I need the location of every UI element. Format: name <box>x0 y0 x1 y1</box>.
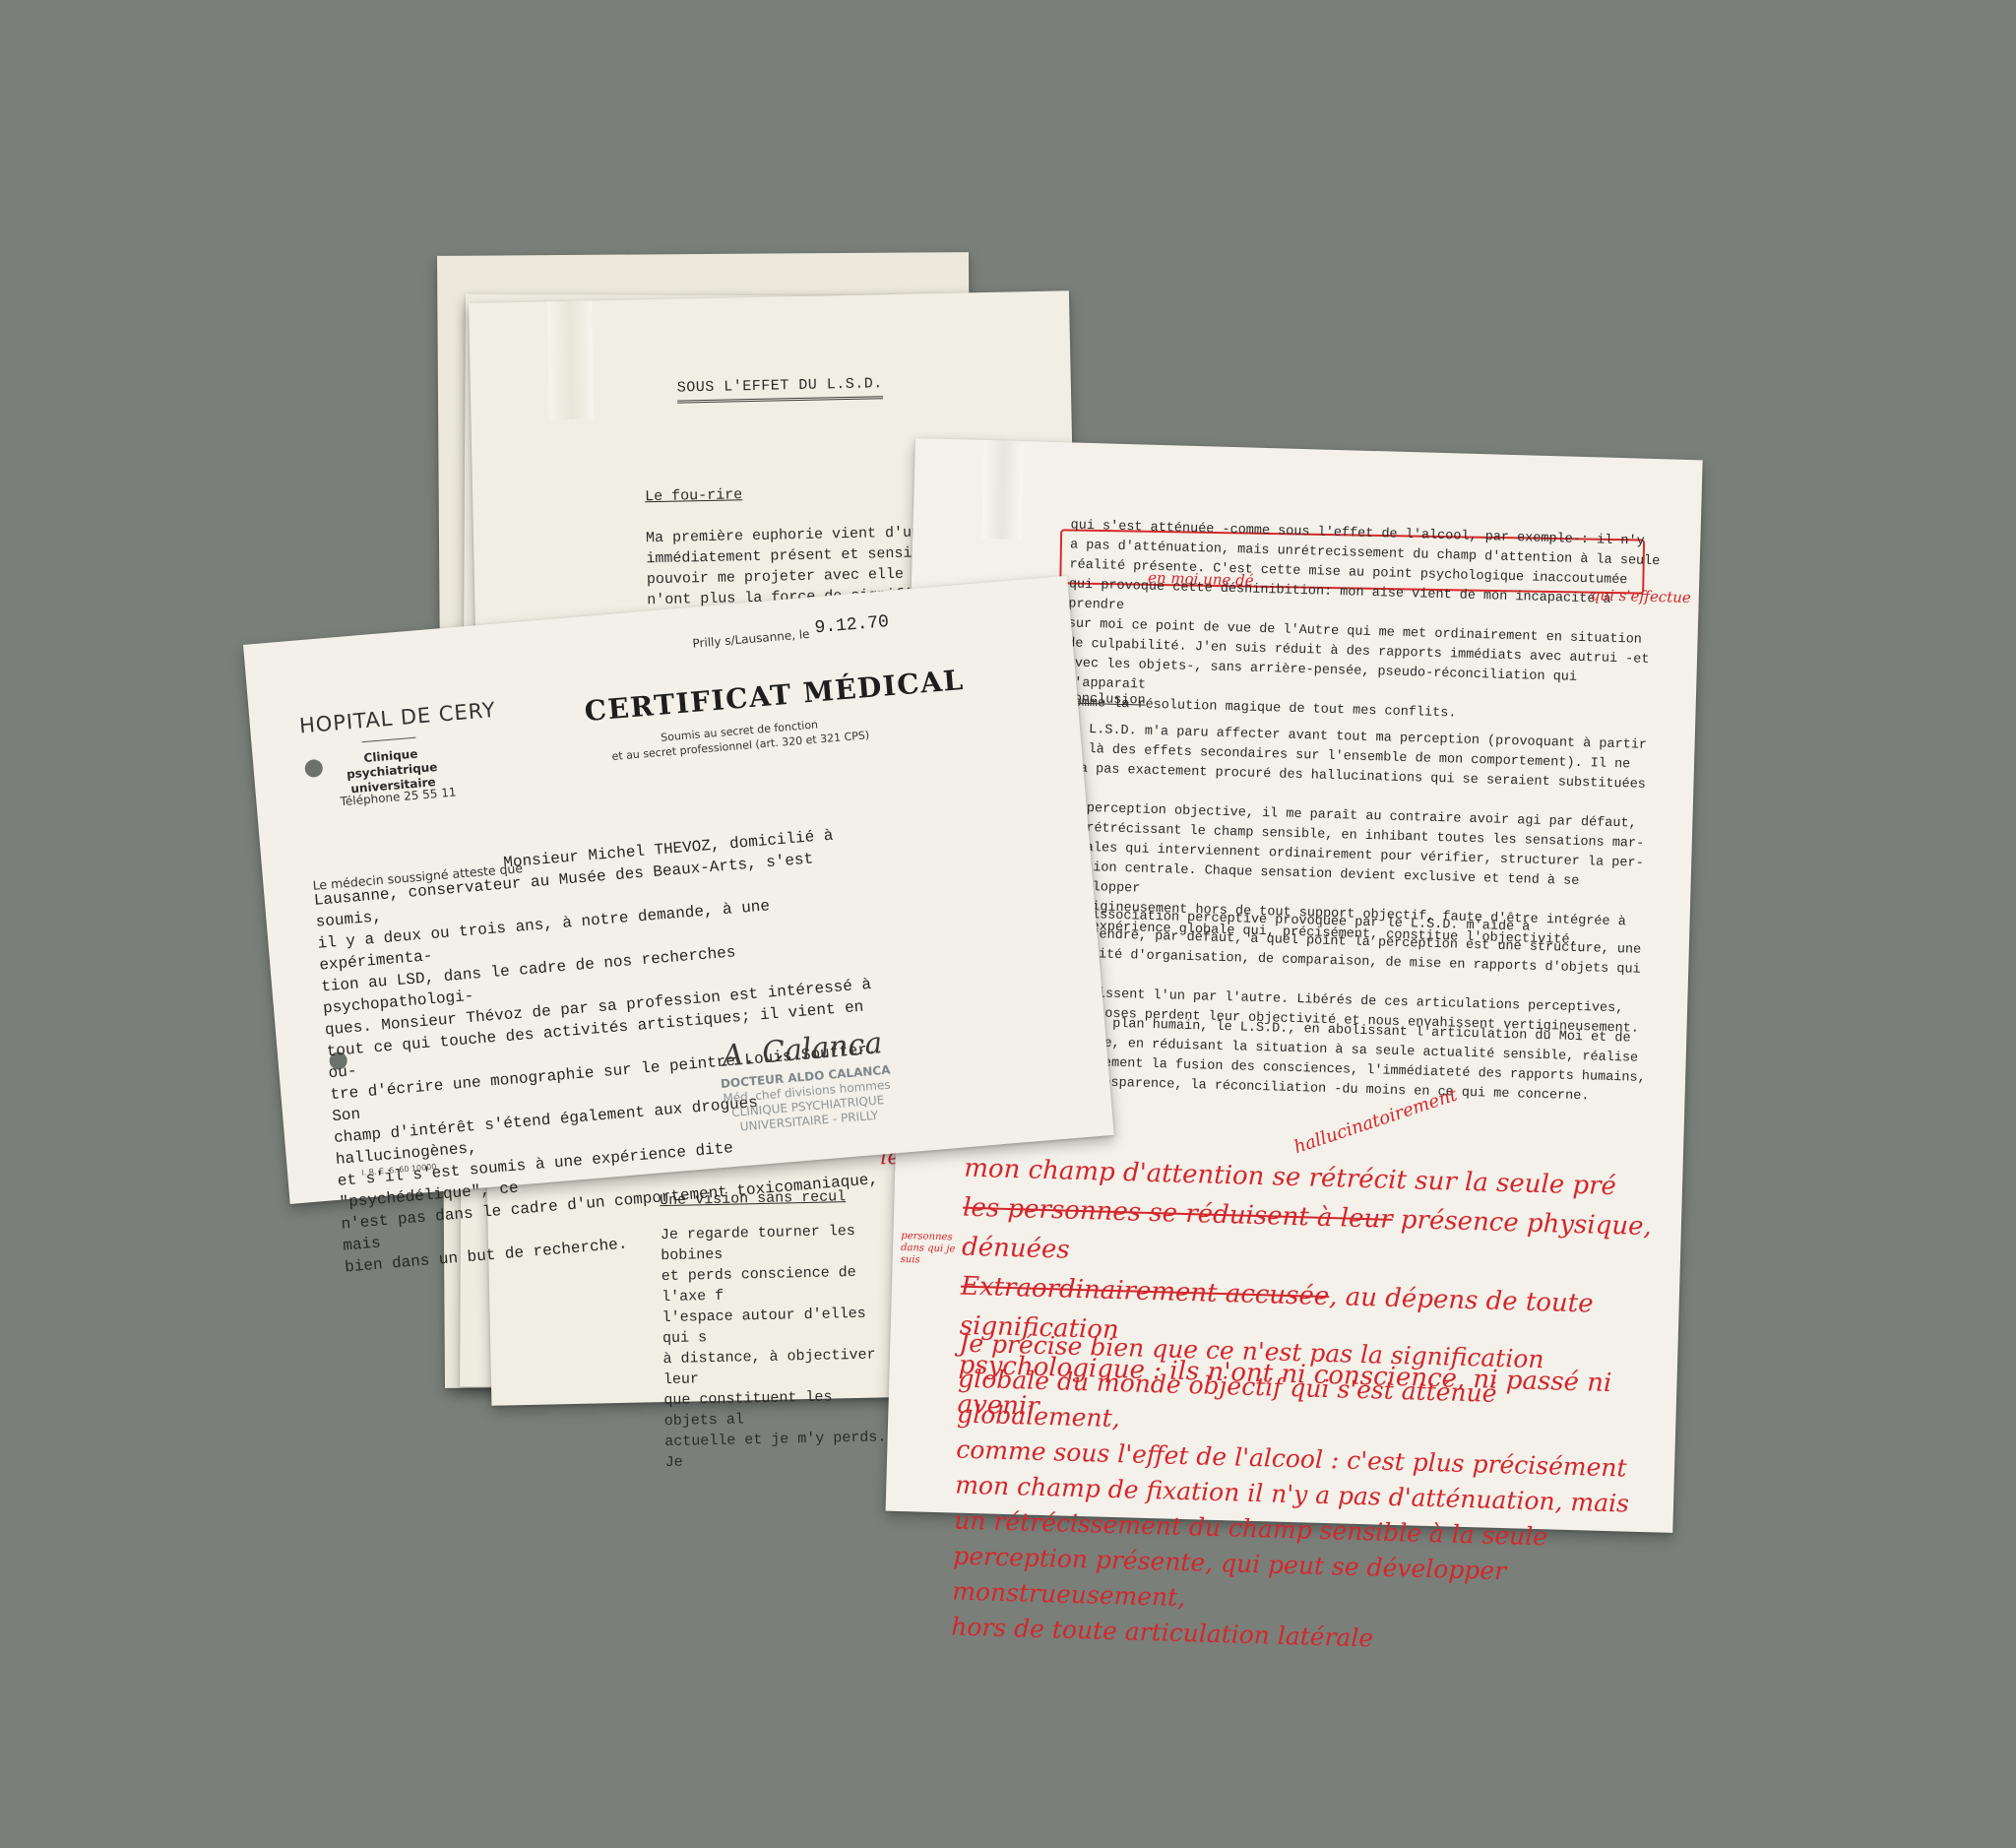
medical-certificate: Prilly s/Lausanne, le 9.12.70 HOPITAL DE… <box>243 576 1114 1204</box>
divider <box>362 737 416 743</box>
handwritten-insert: en moi une dé <box>1148 568 1254 592</box>
section-body: Je regarde tourner les bobines et perds … <box>661 1220 892 1473</box>
paper-fold <box>981 440 1024 540</box>
draft-paragraph: qui s'est atténuée -comme sous l'effet d… <box>1065 516 1661 730</box>
handwritten-paragraph: Je précise bien que ce n'est pas la sign… <box>951 1326 1649 1664</box>
punch-hole <box>304 759 323 778</box>
certificate-title: CERTIFICAT MÉDICAL <box>584 664 966 728</box>
section-heading: Le fou-rire <box>645 484 742 507</box>
place-label: Prilly s/Lausanne, le <box>692 627 810 651</box>
paper-fold <box>547 300 595 419</box>
draft-paragraph: Sur le plan humain, le L.S.D., en abolis… <box>1055 1013 1648 1109</box>
handwritten-margin-note: personnes dans qui je suis <box>901 1231 961 1268</box>
struck-text: les personnes se réduisent à leur <box>963 1193 1393 1235</box>
hospital-name: HOPITAL DE CERY <box>298 698 497 738</box>
struck-text: Extraordinairement accusée <box>961 1272 1330 1311</box>
handwritten-margin-note: qui s'effectue <box>1591 585 1692 608</box>
essay-title: SOUS L'EFFET DU L.S.D. <box>677 373 884 403</box>
certificate-date: 9.12.70 <box>814 612 890 639</box>
